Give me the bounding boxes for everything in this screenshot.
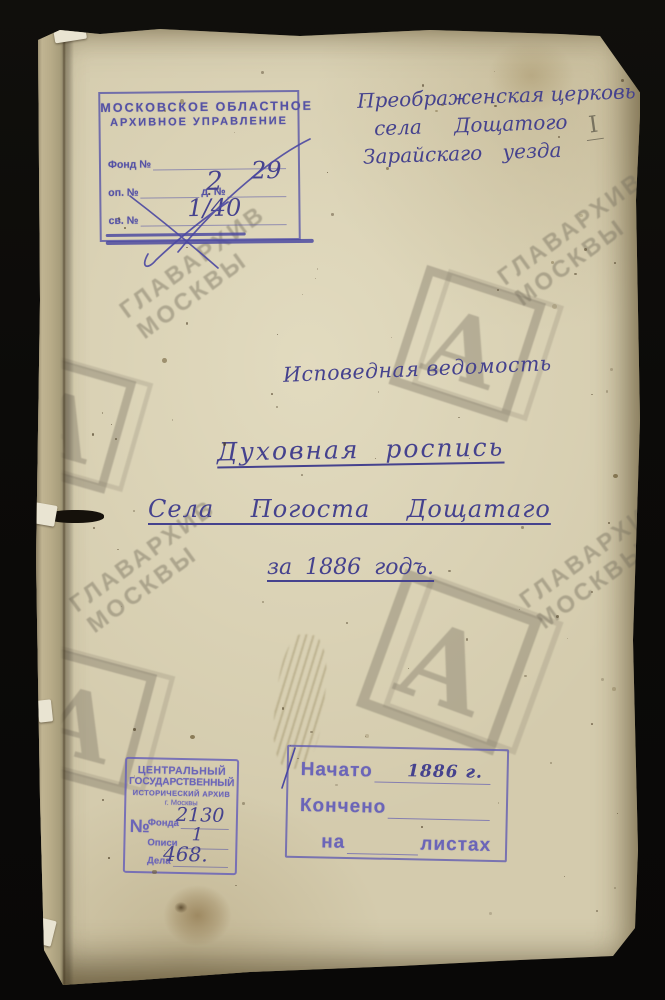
stamp-org-name: МОСКОВСКОЕ ОБЛАСТНОЕ	[100, 99, 297, 115]
paper-speck	[152, 870, 156, 875]
paper-speck	[386, 167, 389, 170]
scanned-archive-cover: ГЛАВАРХИВ МОСКВЫ ГЛАВАРХИВ МОСКВЫ ГЛАВАР…	[0, 0, 665, 1000]
glavarkhiv-logo-watermark: А	[0, 345, 157, 518]
paper-speck	[297, 758, 299, 760]
paper-speck	[610, 368, 613, 371]
paper-speck	[591, 591, 593, 593]
title-line: Села Погоста Дощатаго	[148, 495, 551, 523]
paper-speck	[346, 622, 348, 624]
finished-label: Кончено	[300, 795, 387, 819]
paper-speck	[208, 193, 210, 195]
paper-speck	[235, 885, 237, 887]
stitch-thread	[32, 502, 57, 527]
title-year-line: за 1886 годъ.	[267, 555, 434, 580]
stamp-org-name: ГОСУДАРСТВЕННЫЙ	[127, 776, 237, 789]
paper-speck	[591, 723, 593, 725]
sheets-blank-line	[347, 837, 419, 855]
paper-speck	[271, 393, 273, 395]
paper-speck	[556, 615, 559, 618]
paper-speck	[331, 213, 334, 215]
dela-number-handwritten: 468.	[163, 842, 208, 867]
dates-stamp: Начато 1886 г. Кончено на листах	[285, 745, 509, 863]
paper-speck	[172, 419, 173, 420]
page-number-pencil: I	[583, 111, 604, 141]
paper-speck	[448, 570, 451, 573]
paper-speck	[262, 601, 264, 604]
paper-speck	[276, 406, 278, 408]
paper-stain	[150, 873, 245, 958]
paper-speck	[601, 678, 604, 681]
paper-speck	[564, 876, 565, 877]
paper-speck	[567, 638, 568, 639]
paper-speck	[223, 442, 226, 445]
paper-speck	[93, 527, 95, 529]
paper-speck	[494, 71, 495, 72]
paper-speck	[466, 638, 468, 641]
paper-speck	[117, 549, 119, 551]
started-label: Начато	[300, 759, 373, 783]
paper-speck	[277, 334, 278, 335]
paper-stain	[172, 900, 190, 915]
paper-speck	[606, 390, 608, 393]
paper-speck	[489, 912, 492, 915]
paper-speck	[614, 262, 616, 264]
pen-slash-mark	[276, 744, 300, 794]
paper-speck	[162, 358, 167, 363]
binding-tear	[53, 24, 87, 44]
finished-blank-line	[388, 802, 490, 821]
started-year-handwritten: 1886 г.	[407, 761, 483, 783]
stitch-thread	[37, 699, 53, 722]
watermark-logo-letter: А	[411, 286, 516, 412]
paper-speck	[295, 452, 296, 453]
paper-speck	[441, 104, 444, 106]
paper-speck	[378, 391, 379, 392]
paper-speck	[115, 438, 117, 440]
paper-speck	[242, 802, 245, 805]
paper-speck	[521, 526, 524, 529]
paper-speck	[310, 731, 313, 733]
paper-speck	[108, 857, 110, 859]
title-line: Духовная роспись	[217, 432, 505, 466]
paper-speck	[574, 273, 577, 276]
on-label: на	[321, 831, 346, 853]
paper-speck	[551, 261, 555, 264]
paper-speck	[92, 433, 94, 435]
paper-speck	[391, 337, 392, 338]
pen-strokes	[110, 120, 350, 300]
paper-speck	[422, 84, 424, 87]
paper-speck	[596, 910, 598, 912]
paper-speck	[612, 687, 616, 691]
paper-speck	[327, 172, 328, 173]
paper-speck	[613, 474, 618, 478]
paper-speck	[558, 136, 560, 138]
paper-speck	[614, 887, 617, 889]
paper-speck	[186, 322, 189, 325]
paper-speck	[190, 735, 195, 739]
paper-speck	[591, 394, 593, 396]
paper-speck	[365, 734, 369, 738]
paper-speck	[421, 826, 423, 828]
paper-speck	[579, 214, 583, 217]
paper-speck	[133, 510, 135, 512]
started-blank-line: 1886 г.	[375, 766, 491, 785]
paper-speck	[301, 474, 303, 476]
paper: ГЛАВАРХИВ МОСКВЫ ГЛАВАРХИВ МОСКВЫ ГЛАВАР…	[36, 28, 640, 985]
paper-speck	[550, 762, 552, 764]
paper-speck	[617, 813, 618, 814]
sheets-label: листах	[420, 834, 491, 857]
paper-speck	[584, 248, 587, 251]
state-archive-stamp: ЦЕНТРАЛЬНЫЙ ГОСУДАРСТВЕННЫЙ ИСТОРИЧЕСКИЙ…	[123, 757, 239, 875]
fonda-label: Фонда	[148, 817, 179, 829]
paper-speck	[524, 675, 527, 678]
paper-speck	[124, 227, 126, 229]
paper-speck	[261, 71, 264, 74]
